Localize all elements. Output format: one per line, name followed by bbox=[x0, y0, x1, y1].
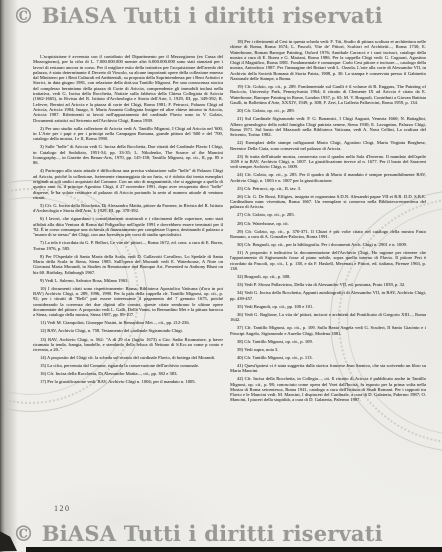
footnote: 33) Vedi P. Sforza Pallavicino, Della vi… bbox=[230, 282, 426, 287]
footnote: 19) Cfr. Golzio, op. cit., p. 289. Fonda… bbox=[230, 84, 426, 105]
footnote: 4) Purtroppo allo stato attuale è diffic… bbox=[33, 168, 223, 200]
footnote: 32) Brugnoli, op. cit., p. 308. bbox=[230, 274, 426, 279]
footnote: 11) Vedi M. Ciampolini, Giuseppe Nasini,… bbox=[33, 320, 223, 325]
footnote: 37) Cfr. Tantillo Mignosi, op. cit., p. … bbox=[230, 325, 426, 336]
footnote: 12) BAV, Archivio Chigi, n. 758. Testame… bbox=[33, 328, 223, 333]
footnote: 18) Per i riferimenti al Cesi in questa … bbox=[230, 39, 426, 81]
footnote: 16) Cfr. Incisa della Rocchetta, Di Ales… bbox=[33, 371, 223, 376]
footnote: 34) Vedi G. Incisa della Rocchetta, Appu… bbox=[230, 290, 426, 301]
footnote: 9) Vedi L. Salerno, Salvator Rosa, Milan… bbox=[33, 278, 223, 283]
footnote: 10) I documenti citati sono rispettivame… bbox=[33, 286, 223, 318]
copyright-watermark-top: © BiASA Tutti i diritti riservati bbox=[13, 3, 383, 28]
footnote: 7) La tela è ricordata da G. P. Bellori,… bbox=[33, 240, 223, 251]
scanned-book-page: © BiASA Tutti i diritti riservati L'acqu… bbox=[0, 0, 442, 552]
footnote: 8) Per l'Ospedale di Santa Maria della S… bbox=[33, 254, 223, 275]
copyright-watermark-bottom: © BiASA Tutti i diritti riservati bbox=[13, 521, 383, 546]
scan-bottom-edge bbox=[26, 547, 442, 552]
footnote: 21) Sul Cardinale Sigismondo vedi: F. G.… bbox=[230, 116, 426, 137]
footnote: 40) Cfr. Tantillo Mignosi, op. cit., p. … bbox=[230, 355, 426, 360]
footnote: 24) Cfr. Golzio, op. cit., p. 285. Per i… bbox=[230, 172, 426, 183]
footnote: 23) Si tratta dell'attuale mostra, conse… bbox=[230, 154, 426, 170]
footnote: 27) Cfr. Golzio, op. cit., p. 285. bbox=[230, 212, 426, 217]
footnote: 14) A proposito del Chigi cfr. la scheda… bbox=[33, 355, 223, 360]
book-binding-shadow bbox=[0, 0, 18, 552]
footnote: 26) Cfr. G. De Rossi, Effigies, insignia… bbox=[230, 194, 426, 210]
footnote: 2) Per uno studio sulla collezione di Ar… bbox=[33, 126, 223, 142]
footnote: 38) Cfr. Tantillo Mignosi, op. cit., p. … bbox=[230, 339, 426, 344]
footnote: 22) Esemplari delle stampe raffiguranti … bbox=[230, 140, 426, 151]
footnote: 17) Per la giustificazione vedi: BAV, Ar… bbox=[33, 379, 223, 384]
footnotes-column-left: L'acquisizione è avvenuta con il contrib… bbox=[33, 54, 223, 484]
footnotes-column-right: 18) Per i riferimenti al Cesi in questa … bbox=[230, 39, 426, 492]
footnote: 29) Cfr. Golzio, op. cit., p. 370-371. I… bbox=[230, 229, 426, 240]
footnote: 3) Sulle "belle" di Ariccia vedi G. Inci… bbox=[33, 144, 223, 165]
footnote: 39) Vedi supra, nota 3. bbox=[230, 347, 426, 352]
footnote: 30) Cfr. Brugnoli, op. cit., per la bibl… bbox=[230, 242, 426, 247]
footnote: 6) I lavori, che riguardano i consolidam… bbox=[33, 216, 223, 237]
footnote: 15) La cifra, pervenuta dal Comune, rigu… bbox=[33, 363, 223, 368]
footnote: 42) Cfr. Incisa della Rocchetta, in Coll… bbox=[230, 376, 426, 402]
footnote: 41) Quest'ipotesi ci è stata suggerita d… bbox=[230, 363, 426, 374]
footnote: 28) Cfr. Waterhouse, op. cit. bbox=[230, 221, 426, 226]
footnote: 5) Cfr. G. Incisa della Rocchetta, Di Al… bbox=[33, 203, 223, 214]
footnote: 13) BAV, Archivio Chigi, n. 562: "A dì 2… bbox=[33, 337, 223, 353]
page-number: 120 bbox=[54, 504, 71, 513]
footnote: 36) Vedi G. Baglione, La vita de' pittor… bbox=[230, 312, 426, 323]
footnote: 25) Cfr. Petrucci, op. cit., II, tav. 3. bbox=[230, 186, 426, 191]
footnote: 35) Vedi Brugnoli, op. cit., pp. 100 e 1… bbox=[230, 304, 426, 309]
footnote: L'acquisizione è avvenuta con il contrib… bbox=[33, 54, 223, 123]
footnote: 20) Cfr. Golzio, op. cit., p. 289. bbox=[230, 108, 426, 113]
footnote: 31) A proposito è indicativa la document… bbox=[230, 250, 426, 271]
